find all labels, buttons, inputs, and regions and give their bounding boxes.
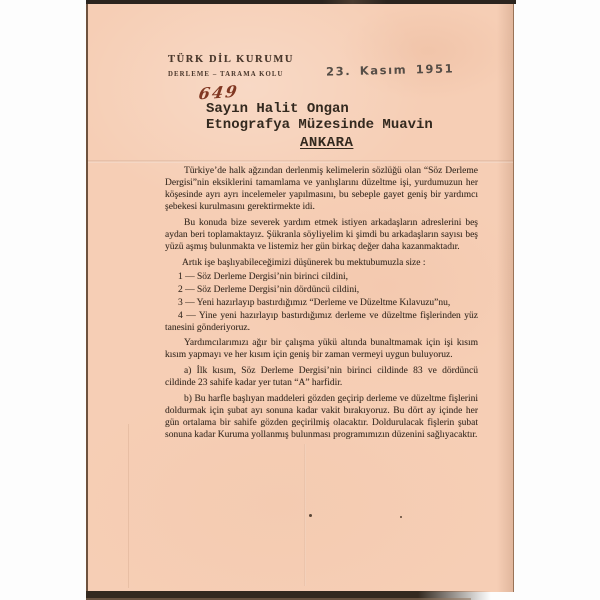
scan-shadow-bottom xyxy=(86,591,491,600)
fold-crease-vertical xyxy=(304,444,306,586)
paragraph: a) İlk kısım, Söz Derleme Dergisi’nin bi… xyxy=(165,365,478,389)
date-stamp: 23. Kasım 1951 xyxy=(326,61,455,78)
letter-paper: TÜRK DİL KURUMU DERLEME – TARAMA KOLU 23… xyxy=(86,4,514,592)
paragraph: Bu konuda bize severek yardım etmek isti… xyxy=(165,217,478,253)
department-name: DERLEME – TARAMA KOLU xyxy=(168,71,294,78)
scanned-letter-page: TÜRK DİL KURUMU DERLEME – TARAMA KOLU 23… xyxy=(0,0,600,600)
recipient-block: Sayın Halit Ongan Etnografya Müzesinde M… xyxy=(206,102,433,152)
recipient-name: Sayın Halit Ongan xyxy=(206,102,433,118)
paragraph: Artık işe başlıyabileceğimizi düşünerek … xyxy=(165,257,478,269)
organization-name: TÜRK DİL KURUMU xyxy=(168,54,294,65)
letter-body: Türkiye’de halk ağzından derlenmiş kelim… xyxy=(165,165,478,445)
list-item: 1 — Söz Derleme Dergisi’nin birinci cild… xyxy=(165,271,478,283)
fold-crease-vertical-left xyxy=(128,424,129,588)
recipient-title: Etnografya Müzesinde Muavin xyxy=(206,118,433,134)
paragraph: Yardımcılarımızı ağır bir çalışma yükü a… xyxy=(165,337,478,361)
list-item: 4 — Yine yeni hazırlayıp bastırdığımız d… xyxy=(165,310,478,334)
paper-right-edge-shade xyxy=(497,4,513,592)
paragraph: Türkiye’de halk ağzından derlenmiş kelim… xyxy=(165,165,478,213)
list-item: 3 — Yeni hazırlayıp bastırdığımız “Derle… xyxy=(165,297,478,309)
paper-speck xyxy=(400,516,402,518)
fold-crease-horizontal xyxy=(88,160,513,163)
paragraph: b) Bu harfle başlıyan maddeleri gözden g… xyxy=(165,393,478,441)
recipient-city: ANKARA xyxy=(300,136,353,152)
paper-speck xyxy=(309,514,312,517)
list-item: 2 — Söz Derleme Dergisi’nin dördüncü cil… xyxy=(165,284,478,296)
letterhead: TÜRK DİL KURUMU DERLEME – TARAMA KOLU xyxy=(168,54,294,78)
